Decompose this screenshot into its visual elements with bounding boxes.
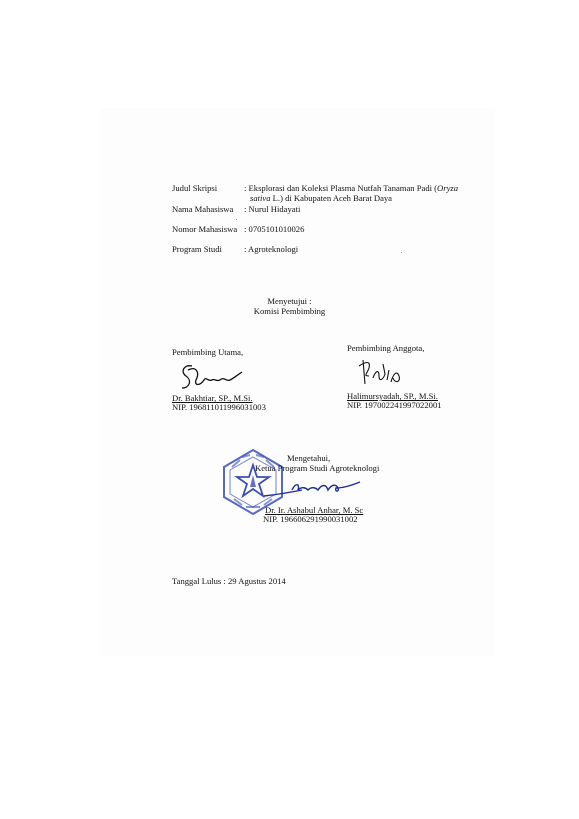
head-line2: Ketua Program Studi Agroteknologi xyxy=(255,463,379,473)
field-value-program: : Agroteknologi xyxy=(244,244,298,254)
signature-head xyxy=(262,478,362,500)
supervisor-main-nip: NIP. 196811011996031003 xyxy=(172,402,266,412)
head-nip: NIP. 196606291990031002 xyxy=(263,514,358,524)
supervisor-main-role: Pembimbing Utama, xyxy=(172,347,243,357)
approval-line2: Komisi Pembimbing xyxy=(0,306,579,316)
signature-main-supervisor xyxy=(178,360,248,392)
signature-member-supervisor xyxy=(355,354,405,390)
field-label-student-number: Nomor Mahasiswa xyxy=(172,224,237,234)
field-value-title-line1: : Eksplorasi dan Koleksi Plasma Nutfah T… xyxy=(244,183,458,193)
graduation-date: Tanggal Lulus : 29 Agustus 2014 xyxy=(172,576,286,586)
supervisor-member-nip: NIP. 197002241997022001 xyxy=(347,400,442,410)
scan-speck xyxy=(236,219,237,220)
field-value-title-line2: sativa L.) di Kabupaten Aceh Barat Daya xyxy=(250,193,392,203)
field-label-name: Nama Mahasiswa xyxy=(172,204,233,214)
head-line1: Mengetahui, xyxy=(287,453,330,463)
field-value-name: : Nurul Hidayati xyxy=(244,204,300,214)
field-label-program: Program Studi xyxy=(172,244,222,254)
field-label-title: Judul Skripsi xyxy=(172,183,217,193)
scan-speck xyxy=(401,252,402,253)
approval-line1: Menyetujui : xyxy=(0,296,579,306)
field-value-student-number: : 0705101010026 xyxy=(244,224,304,234)
supervisor-member-role: Pembimbing Anggota, xyxy=(347,343,424,353)
